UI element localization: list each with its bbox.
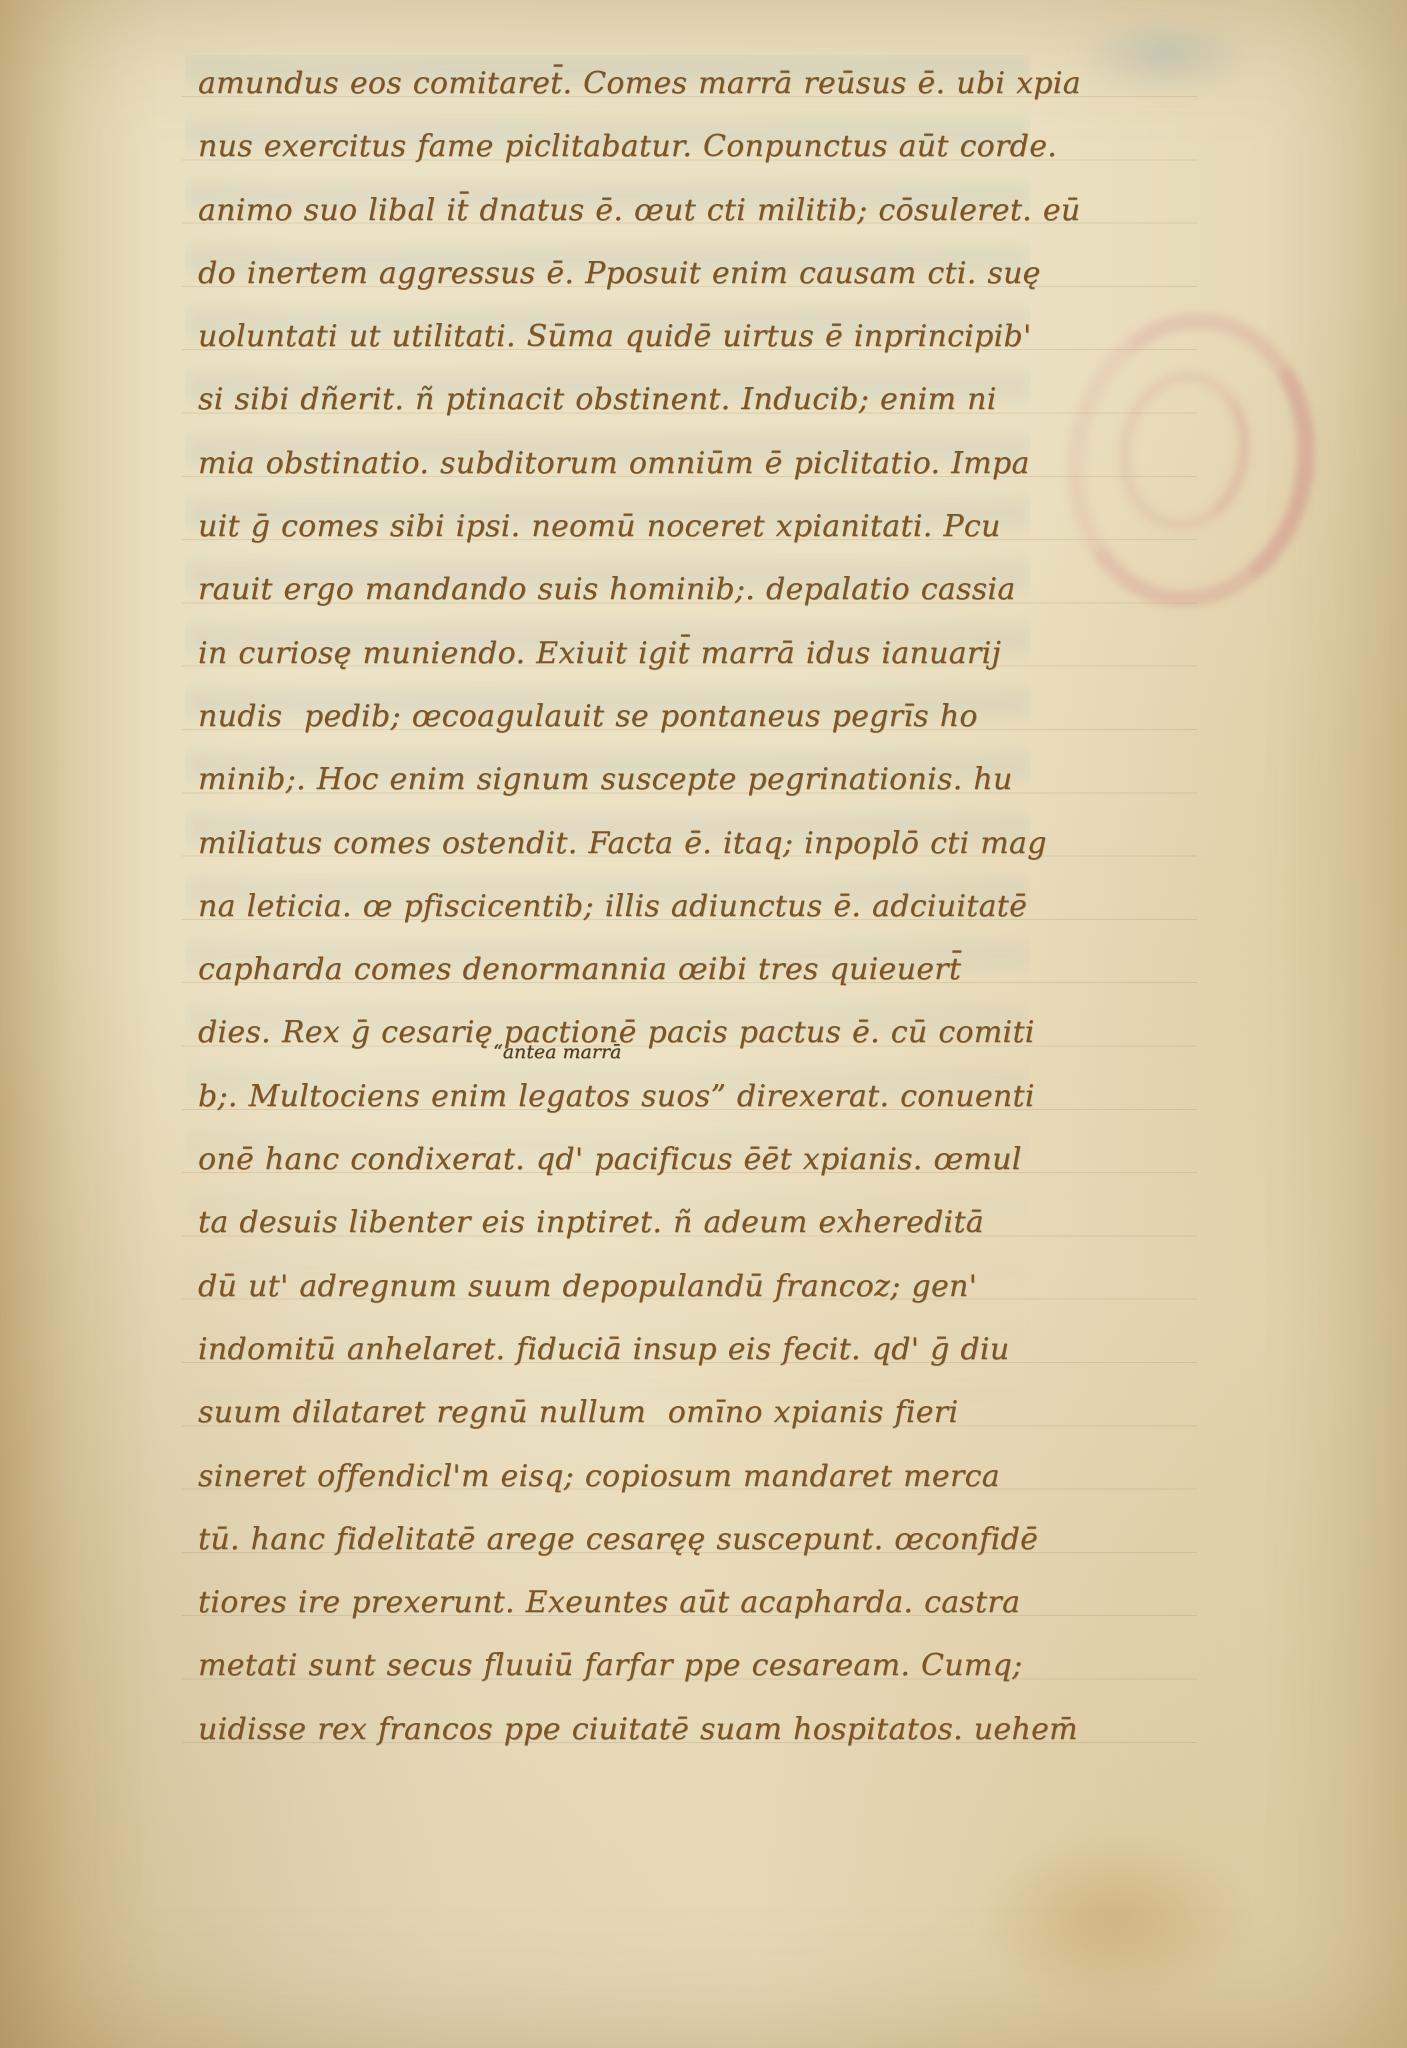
manuscript-line: sineret offendicl'm eisq; copiosum manda… (198, 1445, 1081, 1508)
manuscript-line: mia obstinatio. subditorum omniūm ē picl… (198, 432, 1081, 495)
manuscript-line: minib;. Hoc enim signum suscepte pegrina… (198, 748, 1081, 811)
manuscript-line: uit ḡ comes sibi ipsi. neomū noceret xpi… (198, 495, 1081, 558)
manuscript-line: animo suo libal it̄ dnatus ē. œut cti mi… (198, 179, 1081, 242)
manuscript-line: uidisse rex francos ppe ciuitatē suam ho… (198, 1698, 1081, 1761)
manuscript-line: ta desuis libenter eis inptiret. ñ adeum… (198, 1191, 1081, 1254)
manuscript-line: b;. Multociens enim legatos suos” direxe… (198, 1065, 1081, 1128)
manuscript-line: capharda comes denormannia œibi tres qui… (198, 938, 1081, 1001)
manuscript-line: si sibi dñerit. ñ ptinacit obstinent. In… (198, 368, 1081, 431)
manuscript-text-block: “antea marrā amundus eos comitaret̄. Com… (198, 52, 1081, 1761)
manuscript-line: onē hanc condixerat. qd' pacificus ēēt x… (198, 1128, 1081, 1191)
top-smudge (1075, 15, 1255, 95)
manuscript-line: dū ut' adregnum suum depopulandū francoz… (198, 1255, 1081, 1318)
manuscript-line: dies. Rex ḡ cesarię pactionē pacis pactu… (198, 1001, 1081, 1064)
manuscript-line: tiores ire prexerunt. Exeuntes aūt acaph… (198, 1571, 1081, 1634)
manuscript-line: tū. hanc fidelitatē arege cesaręę suscep… (198, 1508, 1081, 1571)
manuscript-line: miliatus comes ostendit. Facta ē. itaq; … (198, 812, 1081, 875)
manuscript-line: do inertem aggressus ē. Pposuit enim cau… (198, 242, 1081, 305)
manuscript-line: nus exercitus fame piclitabatur. Conpunc… (198, 115, 1081, 178)
manuscript-line: indomitū anhelaret. fiduciā insup eis fe… (198, 1318, 1081, 1381)
parchment-stain (975, 1835, 1255, 2005)
manuscript-line: in curiosę muniendo. Exiuit igit̄ marrā … (198, 622, 1081, 685)
manuscript-line: uoluntati ut utilitati. Sūma quidē uirtu… (198, 305, 1081, 368)
manuscript-line: na leticia. œ pfiscicentib; illis adiunc… (198, 875, 1081, 938)
library-stamp-inner (1109, 363, 1260, 539)
manuscript-line: suum dilataret regnū nullum omīno xpiani… (198, 1381, 1081, 1444)
interlinear-gloss: “antea marrā (493, 1042, 621, 1062)
manuscript-line: metati sunt secus fluuiū farfar ppe cesa… (198, 1634, 1081, 1697)
manuscript-line: amundus eos comitaret̄. Comes marrā reūs… (198, 52, 1081, 115)
parchment-page: “antea marrā amundus eos comitaret̄. Com… (0, 0, 1407, 2048)
manuscript-line: nudis pedib; œcoagulauit se pontaneus pe… (198, 685, 1081, 748)
manuscript-line: rauit ergo mandando suis hominib;. depal… (198, 558, 1081, 621)
